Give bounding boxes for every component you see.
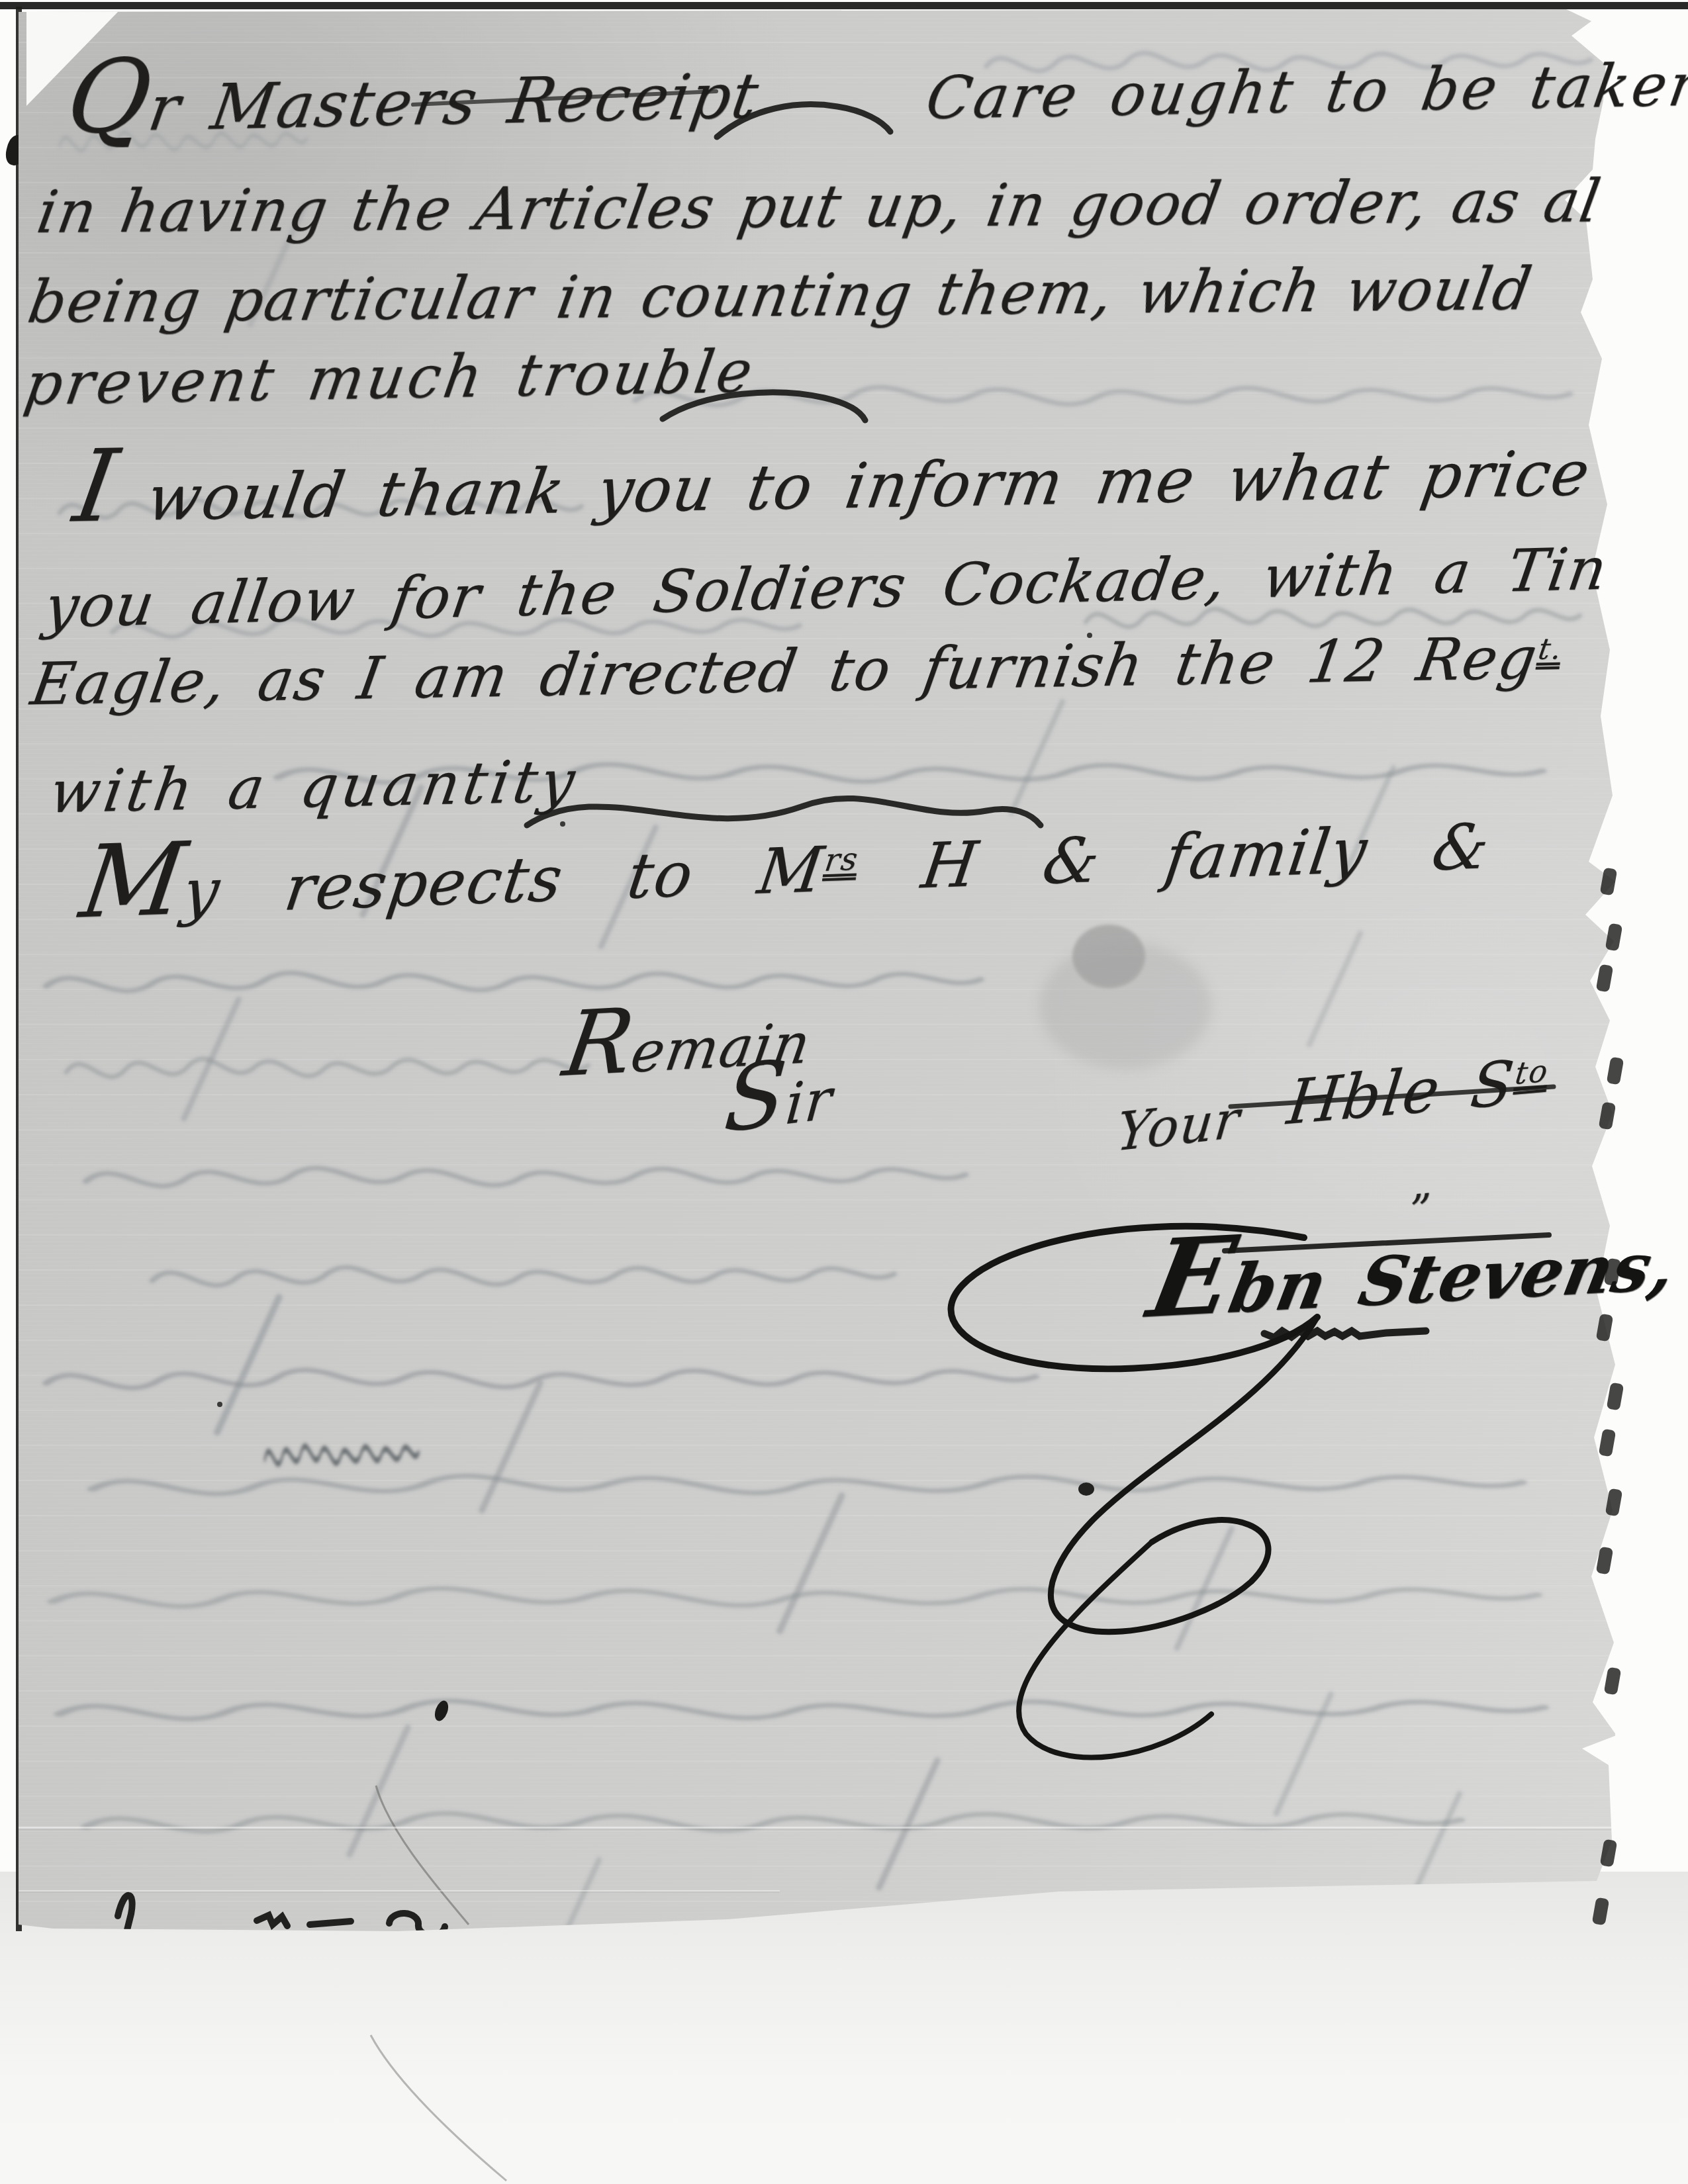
paper-crease [19,1827,1615,1829]
t-bar-stroke-closing [1228,1080,1559,1113]
letter-line-3: being particular in counting them, which… [23,257,1536,336]
binding-mark [1600,868,1618,896]
bottom-ink-scribble [118,1895,445,1934]
letter-line-4: prevent much trouble [20,340,759,418]
letter-line-2: in having the Articles put up, in good o… [32,169,1606,246]
scanned-letter-page: Qr Masters Receipt Care ought to be take… [0,0,1688,2184]
flourish-dash-after-trouble [659,381,870,440]
flourish-dash-after-quantity [523,764,1046,857]
letter-line-8: with a quantity [46,749,583,825]
signature-flourish [880,1211,1609,1794]
binding-mark [1596,964,1614,993]
t-bar-stroke-line1 [410,85,722,111]
binding-mark [1607,1057,1624,1085]
paper-crease-lower [19,1890,780,1891]
flourish-dash-after-receipt [712,96,897,156]
binding-mark [1607,1383,1624,1411]
binding-mark [1605,923,1623,952]
scratch-line-below-paper [357,2025,530,2184]
scratch-line-on-paper [376,1786,469,1925]
closing-sir: Sir [722,1054,837,1144]
scan-edge-top [0,2,1688,9]
ditto-mark: „ [1407,1160,1434,1209]
letter-line-1-continuation: Care ought to be taken [921,52,1688,131]
